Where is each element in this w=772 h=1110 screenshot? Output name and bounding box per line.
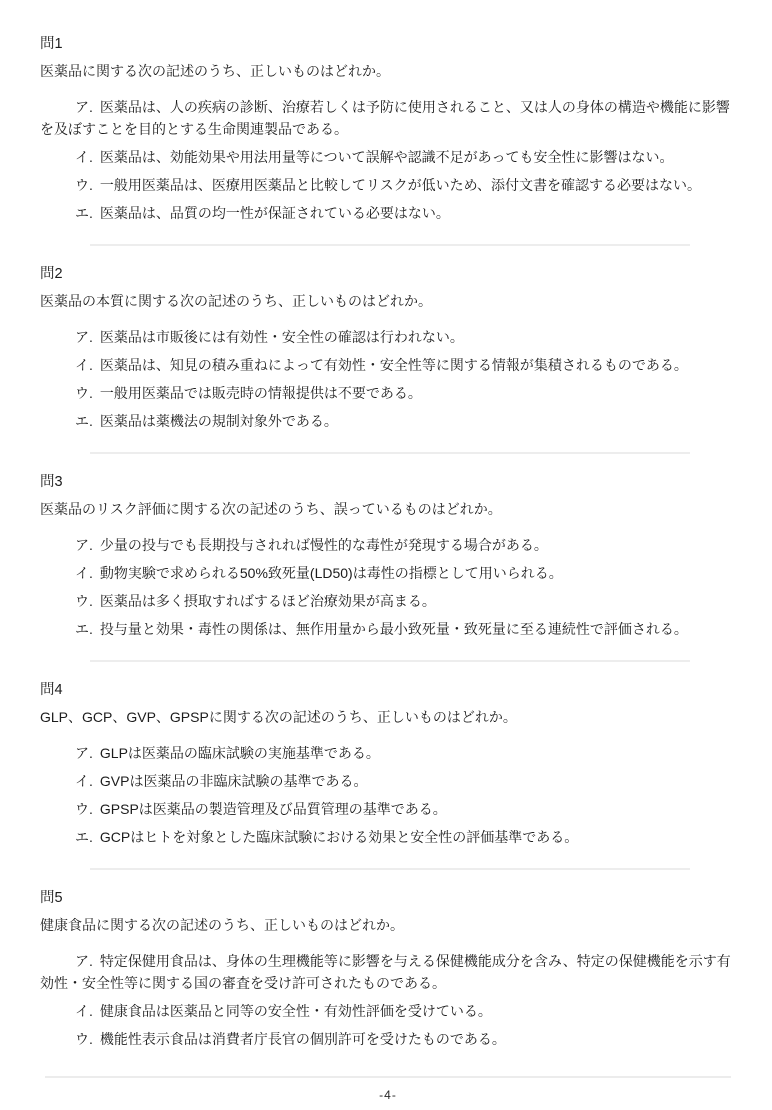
option-u: ウ.一般用医薬品は、医療用医薬品と比較してリスクが低いため、添付文書を確認する必…	[40, 174, 736, 196]
question-stem: 医薬品に関する次の記述のうち、正しいものはどれか。	[40, 60, 736, 82]
option-i: イ.動物実験で求められる50%致死量(LD50)は毒性の指標として用いられる。	[40, 562, 736, 584]
section-divider	[90, 868, 690, 870]
option-text: 医薬品は、人の疾病の診断、治療若しくは予防に使用されること、又は人の身体の構造や…	[40, 99, 730, 137]
option-u: ウ.GPSPは医薬品の製造管理及び品質管理の基準である。	[40, 798, 736, 820]
option-marker: ウ.	[75, 385, 93, 401]
option-marker: ウ.	[75, 177, 93, 193]
option-i: イ.健康食品は医薬品と同等の安全性・有効性評価を受けている。	[40, 1000, 736, 1022]
question-stem: GLP、GCP、GVP、GPSPに関する次の記述のうち、正しいものはどれか。	[40, 706, 736, 728]
section-divider	[90, 452, 690, 454]
option-text: 医薬品は、品質の均一性が保証されている必要はない。	[100, 205, 450, 221]
section-divider	[90, 244, 690, 246]
option-marker: ウ.	[75, 801, 93, 817]
footer-divider	[45, 1076, 731, 1078]
option-text: 医薬品は薬機法の規制対象外である。	[100, 413, 338, 429]
question-block-3: 問3 医薬品のリスク評価に関する次の記述のうち、誤っているものはどれか。 ア.少…	[40, 472, 736, 640]
question-stem: 医薬品の本質に関する次の記述のうち、正しいものはどれか。	[40, 290, 736, 312]
option-i: イ.医薬品は、効能効果や用法用量等について誤解や認識不足があっても安全性に影響は…	[40, 146, 736, 168]
option-i: イ.GVPは医薬品の非臨床試験の基準である。	[40, 770, 736, 792]
section-divider	[90, 660, 690, 662]
option-marker: ア.	[75, 953, 93, 969]
question-stem: 健康食品に関する次の記述のうち、正しいものはどれか。	[40, 914, 736, 936]
option-a: ア.少量の投与でも長期投与されれば慢性的な毒性が発現する場合がある。	[40, 534, 736, 556]
option-e: エ.医薬品は薬機法の規制対象外である。	[40, 410, 736, 432]
question-block-4: 問4 GLP、GCP、GVP、GPSPに関する次の記述のうち、正しいものはどれか…	[40, 680, 736, 848]
option-text: 医薬品は、知見の積み重ねによって有効性・安全性等に関する情報が集積されるものであ…	[100, 357, 688, 373]
option-text: GVPは医薬品の非臨床試験の基準である。	[100, 773, 368, 789]
option-marker: イ.	[75, 357, 93, 373]
question-number: 問3	[40, 472, 736, 492]
option-u: ウ.機能性表示食品は消費者庁長官の個別許可を受けたものである。	[40, 1028, 736, 1050]
option-marker: エ.	[75, 829, 93, 845]
question-number: 問2	[40, 264, 736, 284]
option-marker: エ.	[75, 621, 93, 637]
option-e: エ.投与量と効果・毒性の関係は、無作用量から最小致死量・致死量に至る連続性で評価…	[40, 618, 736, 640]
option-u: ウ.医薬品は多く摂取すればするほど治療効果が高まる。	[40, 590, 736, 612]
option-e: エ.GCPはヒトを対象とした臨床試験における効果と安全性の評価基準である。	[40, 826, 736, 848]
option-e: エ.医薬品は、品質の均一性が保証されている必要はない。	[40, 202, 736, 224]
question-number: 問4	[40, 680, 736, 700]
option-a: ア.特定保健用食品は、身体の生理機能等に影響を与える保健機能成分を含み、特定の保…	[40, 950, 736, 994]
option-marker: イ.	[75, 1003, 93, 1019]
question-number: 問1	[40, 34, 736, 54]
page-footer: -4-	[40, 1076, 736, 1110]
option-text: 少量の投与でも長期投与されれば慢性的な毒性が発現する場合がある。	[100, 537, 548, 553]
option-marker: エ.	[75, 205, 93, 221]
option-marker: ウ.	[75, 593, 93, 609]
option-marker: イ.	[75, 565, 93, 581]
option-marker: イ.	[75, 773, 93, 789]
option-i: イ.医薬品は、知見の積み重ねによって有効性・安全性等に関する情報が集積されるもの…	[40, 354, 736, 376]
option-a: ア.GLPは医薬品の臨床試験の実施基準である。	[40, 742, 736, 764]
question-block-2: 問2 医薬品の本質に関する次の記述のうち、正しいものはどれか。 ア.医薬品は市販…	[40, 264, 736, 432]
option-text: 機能性表示食品は消費者庁長官の個別許可を受けたものである。	[100, 1031, 506, 1047]
option-marker: イ.	[75, 149, 93, 165]
option-text: 医薬品は市販後には有効性・安全性の確認は行われない。	[100, 329, 464, 345]
question-block-5: 問5 健康食品に関する次の記述のうち、正しいものはどれか。 ア.特定保健用食品は…	[40, 888, 736, 1050]
option-u: ウ.一般用医薬品では販売時の情報提供は不要である。	[40, 382, 736, 404]
question-stem: 医薬品のリスク評価に関する次の記述のうち、誤っているものはどれか。	[40, 498, 736, 520]
option-marker: ア.	[75, 329, 93, 345]
document-page: 問1 医薬品に関する次の記述のうち、正しいものはどれか。 ア.医薬品は、人の疾病…	[0, 0, 772, 1110]
option-text: 一般用医薬品は、医療用医薬品と比較してリスクが低いため、添付文書を確認する必要は…	[100, 177, 701, 193]
option-text: 医薬品は、効能効果や用法用量等について誤解や認識不足があっても安全性に影響はない…	[100, 149, 674, 165]
option-a: ア.医薬品は、人の疾病の診断、治療若しくは予防に使用されること、又は人の身体の構…	[40, 96, 736, 140]
option-marker: ア.	[75, 745, 93, 761]
option-text: 医薬品は多く摂取すればするほど治療効果が高まる。	[100, 593, 436, 609]
option-marker: ア.	[75, 537, 93, 553]
page-number: -4-	[40, 1088, 736, 1110]
option-text: 特定保健用食品は、身体の生理機能等に影響を与える保健機能成分を含み、特定の保健機…	[40, 953, 731, 991]
option-text: GCPはヒトを対象とした臨床試験における効果と安全性の評価基準である。	[100, 829, 578, 845]
option-marker: エ.	[75, 413, 93, 429]
option-marker: ア.	[75, 99, 93, 115]
option-text: GLPは医薬品の臨床試験の実施基準である。	[100, 745, 380, 761]
question-number: 問5	[40, 888, 736, 908]
option-text: 健康食品は医薬品と同等の安全性・有効性評価を受けている。	[100, 1003, 492, 1019]
option-text: 投与量と効果・毒性の関係は、無作用量から最小致死量・致死量に至る連続性で評価され…	[100, 621, 688, 637]
option-text: GPSPは医薬品の製造管理及び品質管理の基準である。	[100, 801, 447, 817]
question-block-1: 問1 医薬品に関する次の記述のうち、正しいものはどれか。 ア.医薬品は、人の疾病…	[40, 34, 736, 224]
option-marker: ウ.	[75, 1031, 93, 1047]
option-a: ア.医薬品は市販後には有効性・安全性の確認は行われない。	[40, 326, 736, 348]
option-text: 一般用医薬品では販売時の情報提供は不要である。	[100, 385, 422, 401]
option-text: 動物実験で求められる50%致死量(LD50)は毒性の指標として用いられる。	[100, 565, 563, 581]
